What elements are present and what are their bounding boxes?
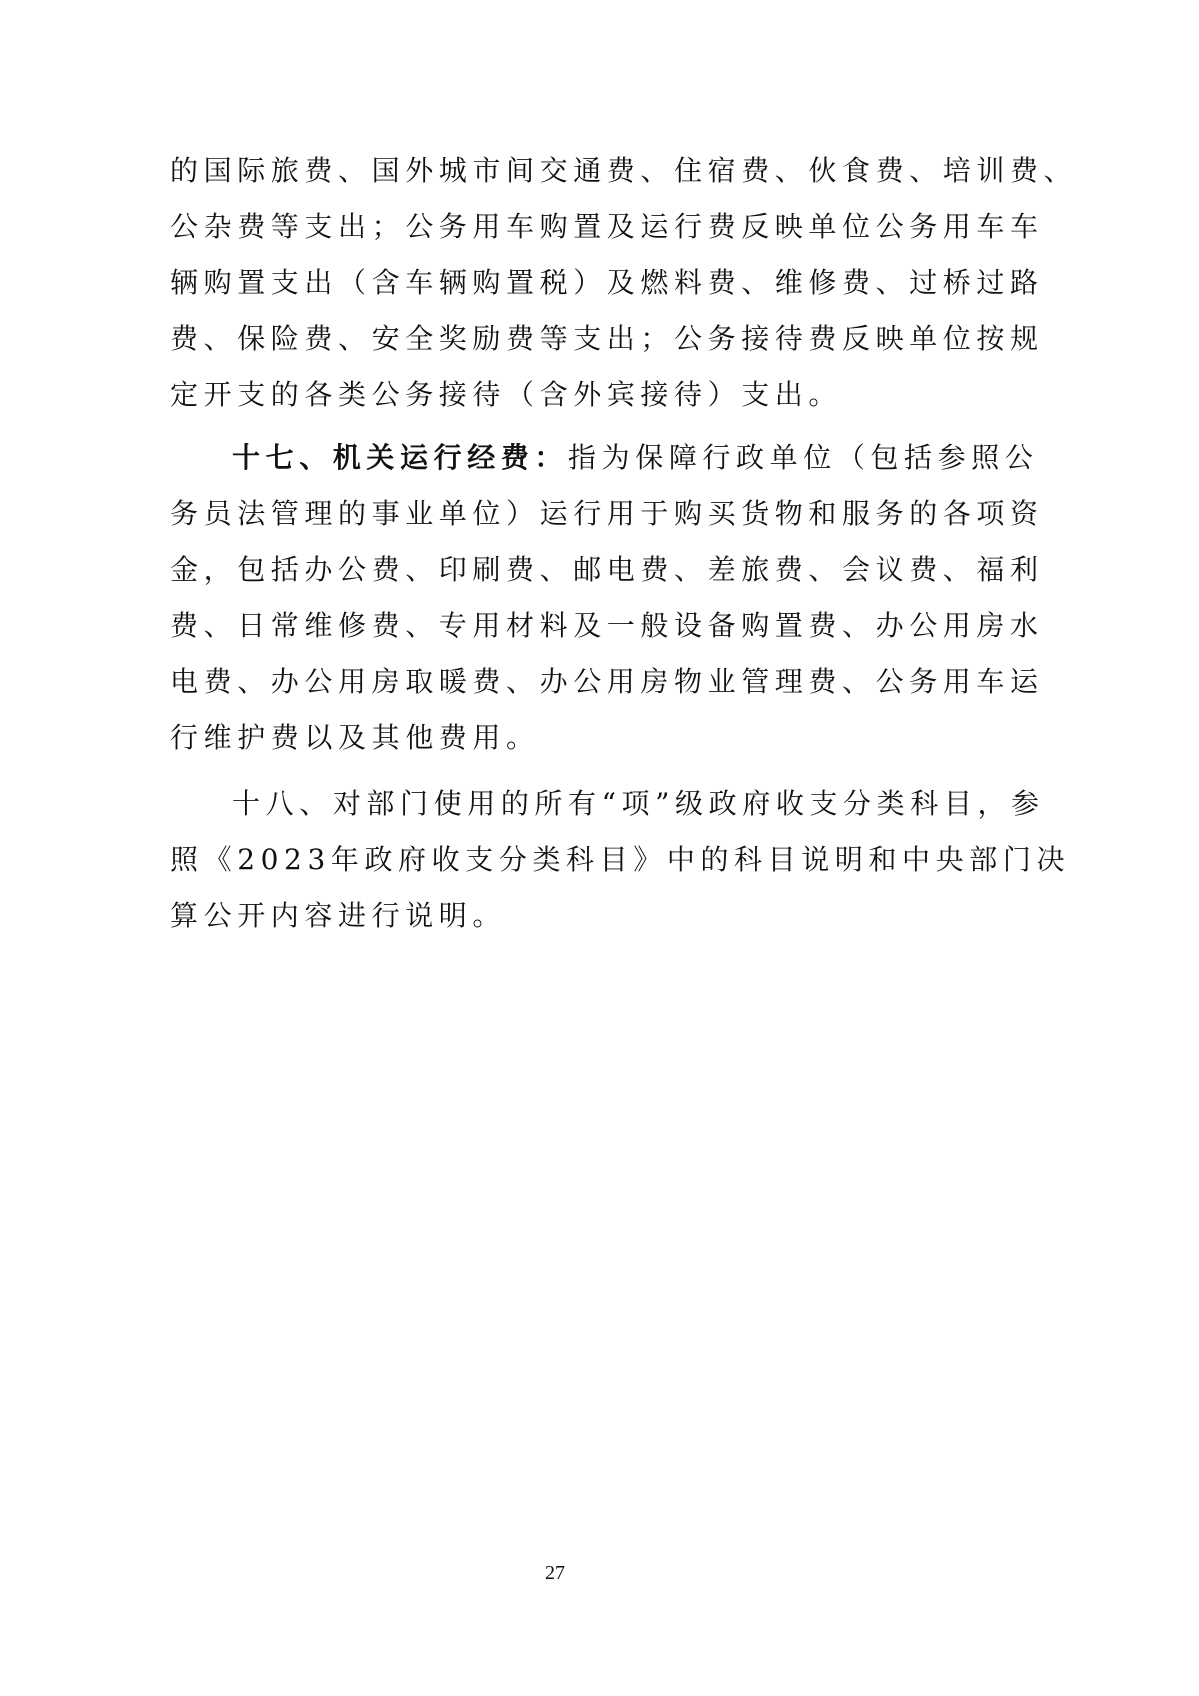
text-line: 电费、办公用房取暖费、办公用房物业管理费、公务用车运 [170,654,960,710]
text-line: 辆购置支出（含车辆购置税）及燃料费、维修费、过桥过路 [170,255,960,311]
section-text: 指为保障行政单位（包括参照公 [568,441,1038,474]
section-heading: 十七、机关运行经费： [232,441,568,474]
section-17-paragraph: 十七、机关运行经费：指为保障行政单位（包括参照公 务员法管理的事业单位）运行用于… [170,430,960,766]
text-line: 务员法管理的事业单位）运行用于购买货物和服务的各项资 [170,486,960,542]
text-line: 十七、机关运行经费：指为保障行政单位（包括参照公 [170,430,960,486]
text-line: 的国际旅费、国外城市间交通费、住宿费、伙食费、培训费、 [170,143,960,199]
text-line: 行维护费以及其他费用。 [170,710,960,766]
text-line: 金，包括办公费、印刷费、邮电费、差旅费、会议费、福利 [170,542,960,598]
text-line: 定开支的各类公务接待（含外宾接待）支出。 [170,367,960,423]
text-line: 照《2023年政府收支分类科目》中的科目说明和中央部门决 [170,832,960,888]
document-page: 的国际旅费、国外城市间交通费、住宿费、伙食费、培训费、 公杂费等支出；公务用车购… [0,0,1199,1696]
text-line: 费、日常维修费、专用材料及一般设备购置费、办公用房水 [170,598,960,654]
page-number: 27 [0,1562,1110,1585]
text-line: 费、保险费、安全奖励费等支出；公务接待费反映单位按规 [170,311,960,367]
continuation-paragraph: 的国际旅费、国外城市间交通费、住宿费、伙食费、培训费、 公杂费等支出；公务用车购… [170,143,960,423]
section-text: 对部门使用的所有“项”级政府收支分类科目，参 [333,787,1045,820]
text-line: 十八、对部门使用的所有“项”级政府收支分类科目，参 [170,776,960,832]
section-heading: 十八、 [232,787,333,820]
text-line: 算公开内容进行说明。 [170,888,960,944]
text-line: 公杂费等支出；公务用车购置及运行费反映单位公务用车车 [170,199,960,255]
section-18-paragraph: 十八、对部门使用的所有“项”级政府收支分类科目，参 照《2023年政府收支分类科… [170,776,960,944]
